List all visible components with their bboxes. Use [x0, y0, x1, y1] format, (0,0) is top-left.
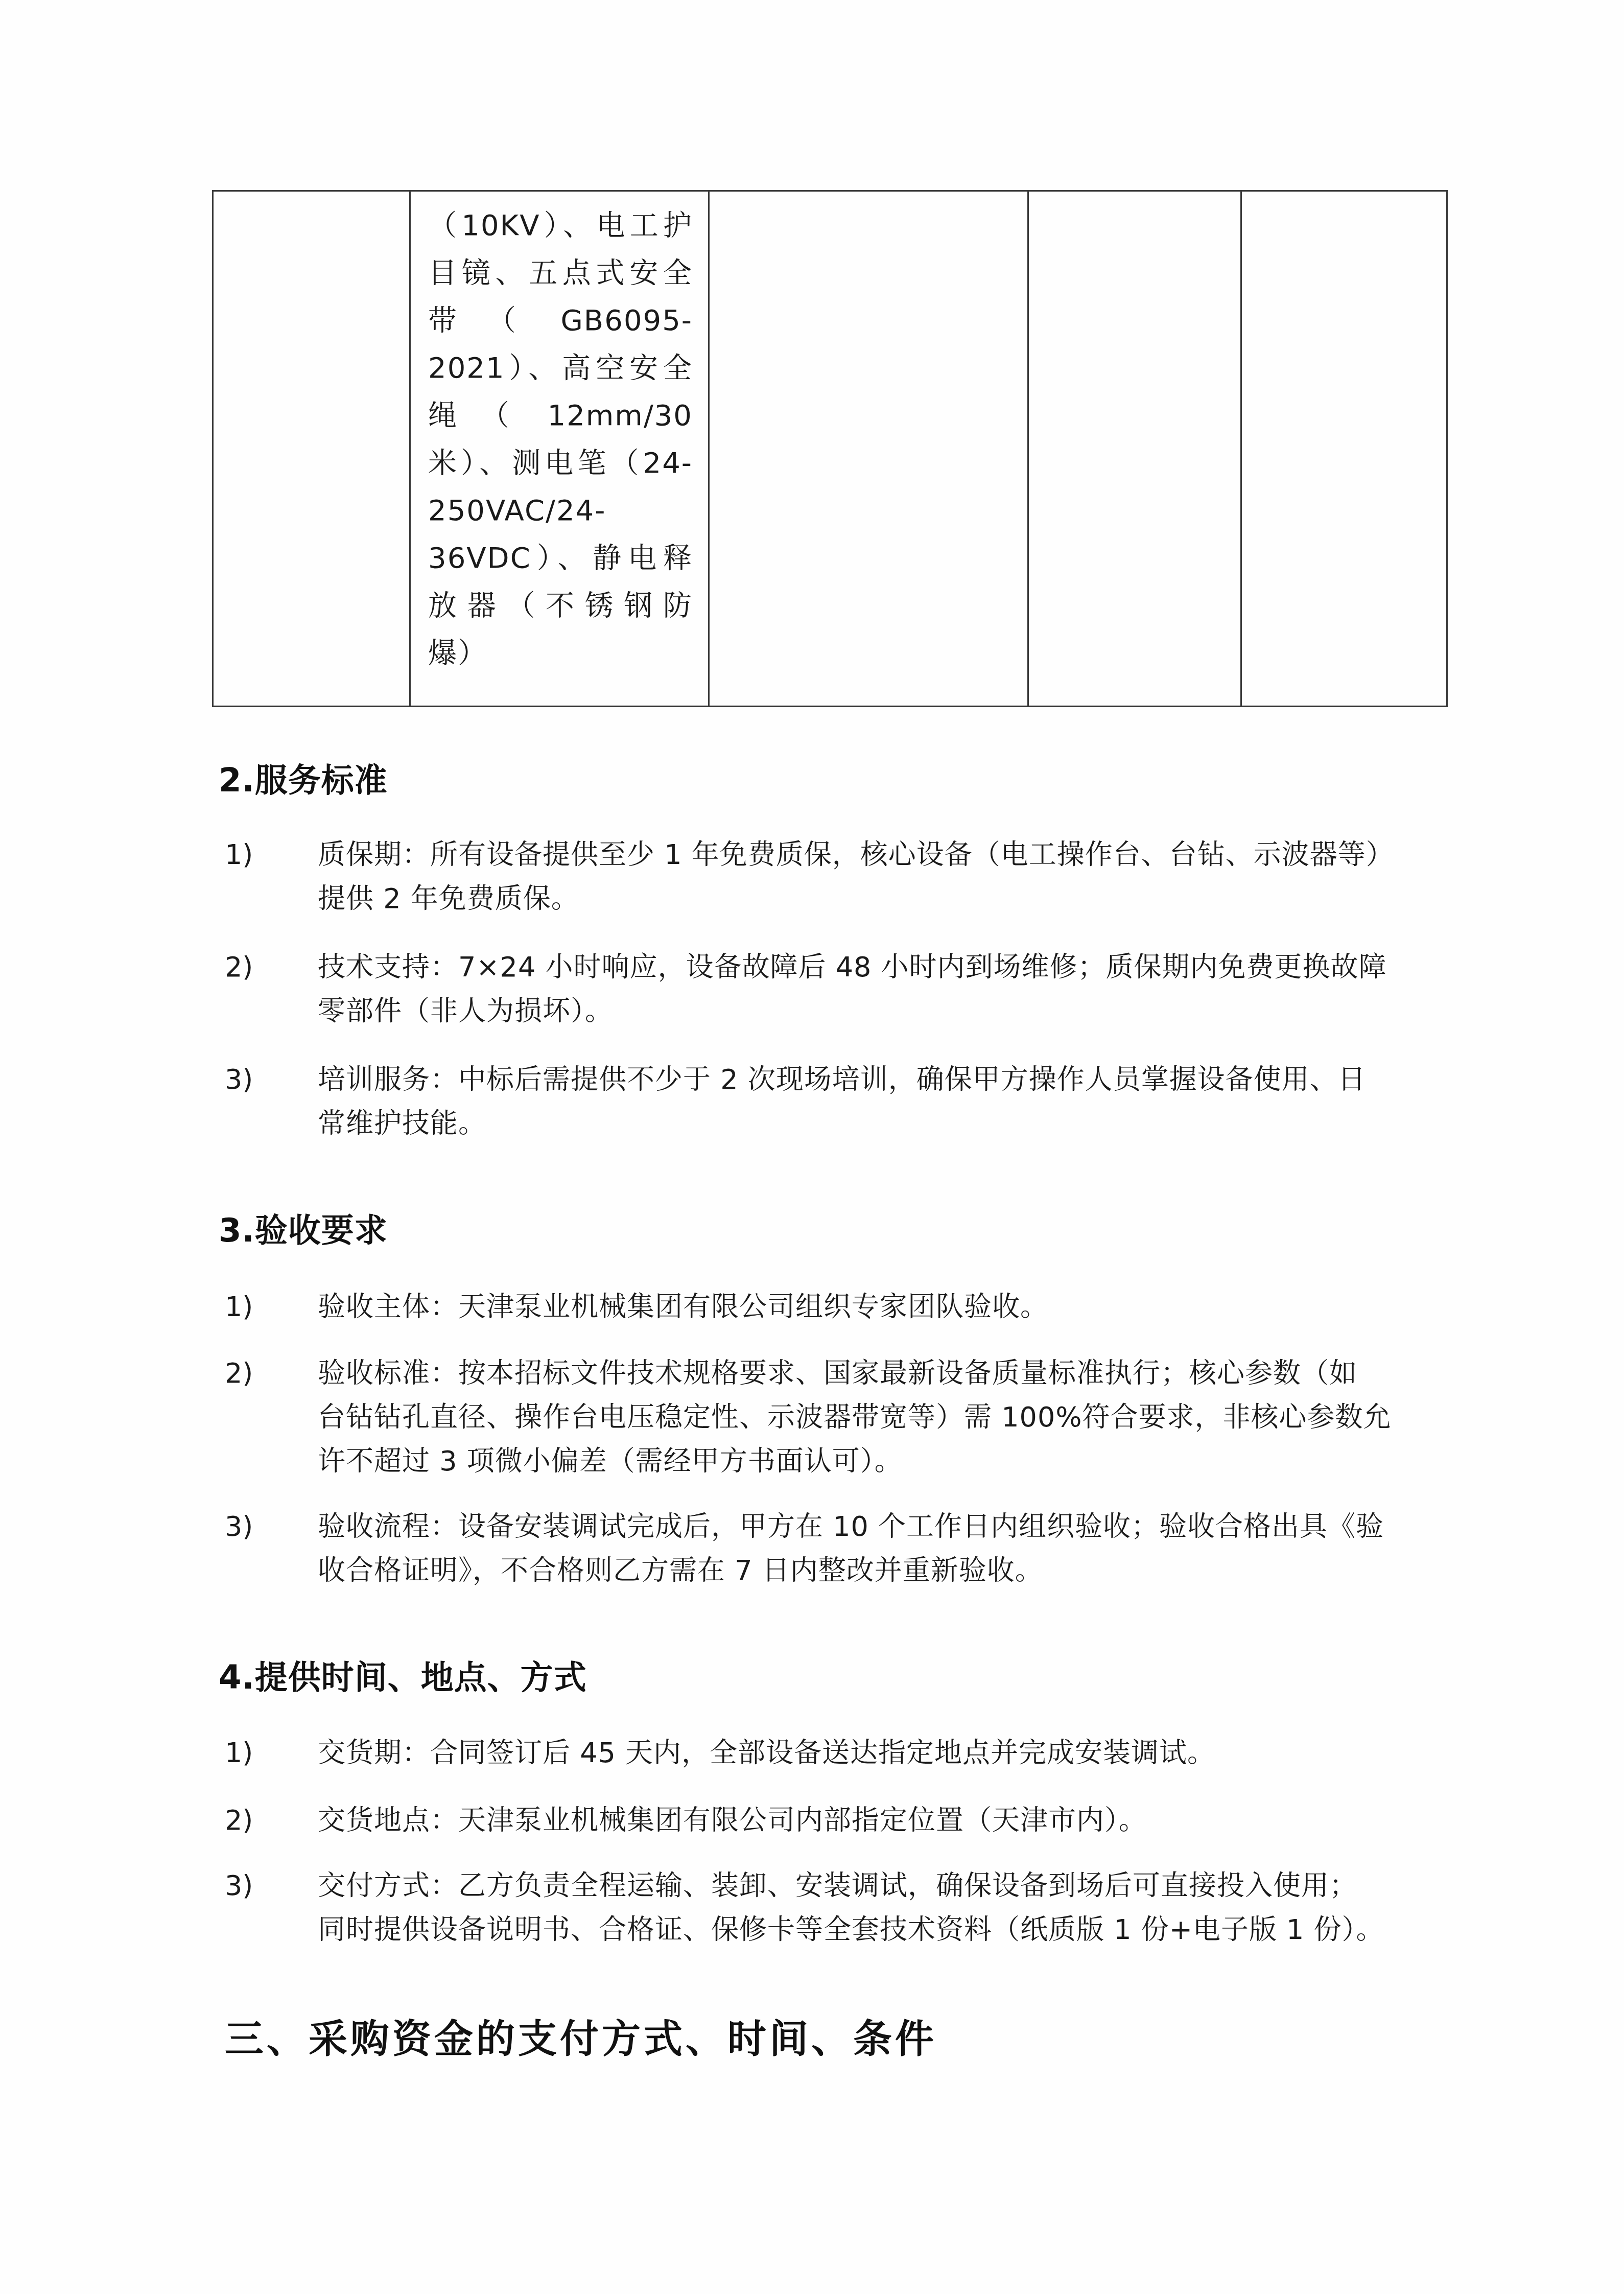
item-number: 3) [225, 1864, 253, 1908]
chapter-heading-payment: 三、采购资金的支付方式、时间、条件 [225, 2008, 937, 2064]
item-text: 技术支持：7×24 小时响应，设备故障后 48 小时内到场维修；质保期内免费更换… [318, 945, 1442, 1033]
item-line: 零部件（非人为损坏）。 [318, 989, 1442, 1033]
spec-line: 放器（不锈钢防 [428, 582, 693, 629]
item-line: 台钻钻孔直径、操作台电压稳定性、示波器带宽等）需 100%符合要求，非核心参数允 [318, 1395, 1442, 1439]
item-line: 收合格证明》，不合格则乙方需在 7 日内整改并重新验收。 [318, 1549, 1442, 1593]
item-number: 2) [225, 1798, 253, 1842]
item-number: 1) [225, 833, 253, 877]
item-line: 交付方式：乙方负责全程运输、装卸、安装调试，确保设备到场后可直接投入使用； [318, 1864, 1442, 1908]
item-line: 交货期：合同签订后 45 天内，全部设备送达指定地点并完成安装调试。 [318, 1731, 1442, 1775]
item-number: 1) [225, 1731, 253, 1775]
item-number: 3) [225, 1058, 253, 1102]
table-cell-empty [1028, 191, 1241, 707]
equipment-spec-table: （10KV）、电工护 目镜、五点式安全 带 （ GB6095- 2021）、高空… [212, 190, 1448, 707]
table-cell-empty [709, 191, 1028, 707]
section-heading-delivery: 4.提供时间、地点、方式 [219, 1651, 587, 1698]
table-row: （10KV）、电工护 目镜、五点式安全 带 （ GB6095- 2021）、高空… [213, 191, 1447, 707]
item-text: 验收主体：天津泵业机械集团有限公司组织专家团队验收。 [318, 1285, 1442, 1329]
item-line: 交货地点：天津泵业机械集团有限公司内部指定位置（天津市内）。 [318, 1798, 1442, 1842]
item-line: 质保期：所有设备提供至少 1 年免费质保，核心设备（电工操作台、台钻、示波器等） [318, 833, 1442, 877]
item-text: 培训服务：中标后需提供不少于 2 次现场培训，确保甲方操作人员掌握设备使用、日 … [318, 1058, 1442, 1145]
item-number: 2) [225, 945, 253, 989]
item-line: 许不超过 3 项微小偏差（需经甲方书面认可）。 [318, 1439, 1442, 1483]
item-text: 交货地点：天津泵业机械集团有限公司内部指定位置（天津市内）。 [318, 1798, 1442, 1842]
spec-line: 目镜、五点式安全 [428, 249, 693, 297]
item-number: 3) [225, 1505, 253, 1549]
spec-line: 带 （ GB6095- [428, 297, 693, 344]
section-heading-acceptance: 3.验收要求 [219, 1204, 388, 1251]
table-cell-spec: （10KV）、电工护 目镜、五点式安全 带 （ GB6095- 2021）、高空… [410, 191, 709, 707]
item-number: 2) [225, 1351, 253, 1395]
spec-line: （10KV）、电工护 [428, 202, 693, 249]
section-heading-service-standard: 2.服务标准 [219, 754, 388, 801]
item-text: 交付方式：乙方负责全程运输、装卸、安装调试，确保设备到场后可直接投入使用； 同时… [318, 1864, 1442, 1952]
spec-line: 36VDC）、静电释 [428, 534, 693, 582]
item-line: 常维护技能。 [318, 1102, 1442, 1145]
item-line: 验收流程：设备安装调试完成后，甲方在 10 个工作日内组织验收；验收合格出具《验 [318, 1505, 1442, 1549]
item-line: 技术支持：7×24 小时响应，设备故障后 48 小时内到场维修；质保期内免费更换… [318, 945, 1442, 989]
item-line: 验收主体：天津泵业机械集团有限公司组织专家团队验收。 [318, 1285, 1442, 1329]
item-line: 提供 2 年免费质保。 [318, 877, 1442, 921]
document-page: （10KV）、电工护 目镜、五点式安全 带 （ GB6095- 2021）、高空… [0, 0, 1624, 2294]
table-cell-empty [1241, 191, 1447, 707]
item-line: 同时提供设备说明书、合格证、保修卡等全套技术资料（纸质版 1 份+电子版 1 份… [318, 1908, 1442, 1952]
spec-text: （10KV）、电工护 目镜、五点式安全 带 （ GB6095- 2021）、高空… [411, 192, 708, 677]
item-text: 验收流程：设备安装调试完成后，甲方在 10 个工作日内组织验收；验收合格出具《验… [318, 1505, 1442, 1593]
item-number: 1) [225, 1285, 253, 1329]
item-text: 验收标准：按本招标文件技术规格要求、国家最新设备质量标准执行；核心参数（如 台钻… [318, 1351, 1442, 1483]
item-text: 交货期：合同签订后 45 天内，全部设备送达指定地点并完成安装调试。 [318, 1731, 1442, 1775]
spec-line: 米）、测电笔（24- [428, 439, 693, 487]
item-line: 验收标准：按本招标文件技术规格要求、国家最新设备质量标准执行；核心参数（如 [318, 1351, 1442, 1395]
item-line: 培训服务：中标后需提供不少于 2 次现场培训，确保甲方操作人员掌握设备使用、日 [318, 1058, 1442, 1102]
spec-line: 爆） [428, 629, 693, 677]
table-cell-index [213, 191, 410, 707]
spec-line: 绳 （ 12mm/30 [428, 392, 693, 439]
spec-line: 2021）、高空安全 [428, 344, 693, 392]
item-text: 质保期：所有设备提供至少 1 年免费质保，核心设备（电工操作台、台钻、示波器等）… [318, 833, 1442, 921]
spec-line: 250VAC/24- [428, 487, 693, 534]
